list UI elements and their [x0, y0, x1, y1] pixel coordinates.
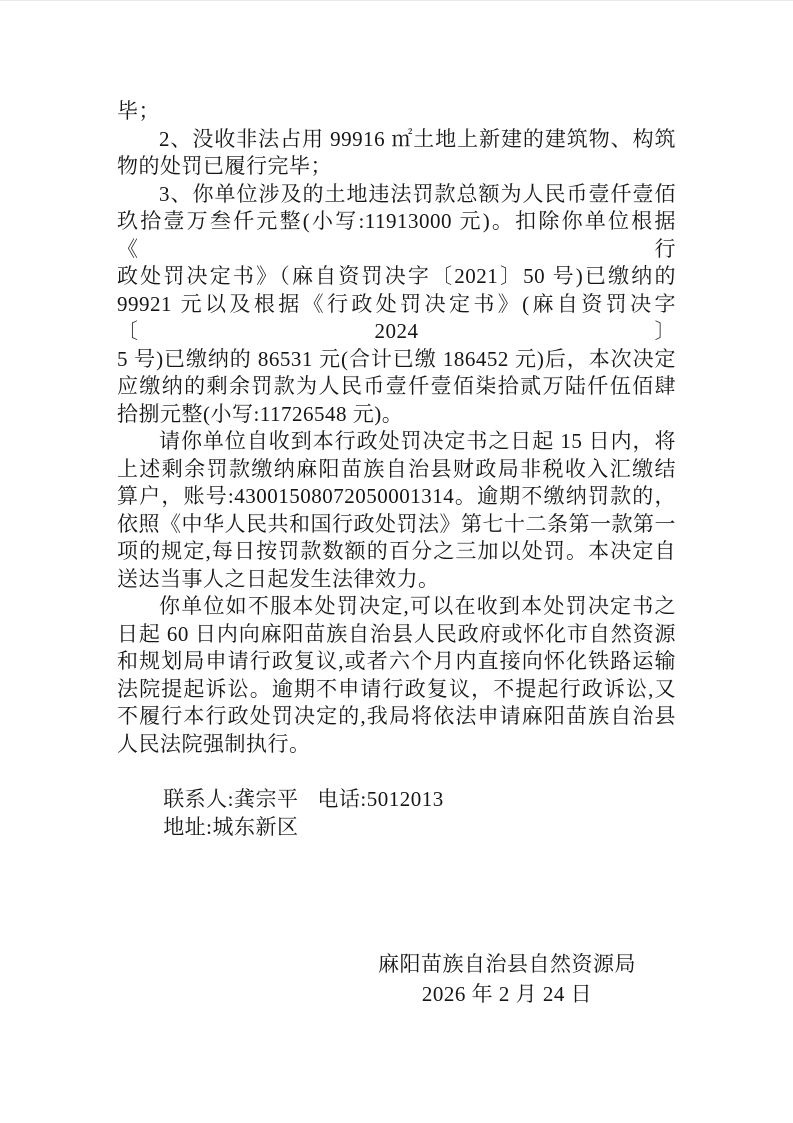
text-line: 日起 60 日内向麻阳苗族自治县人民政府或怀化市自然资源 [117, 621, 676, 649]
contact-person-line: 联系人:龚宗平电话:5012013 [117, 786, 676, 814]
text-line: 玖拾壹万叁仟元整(小写:11913000 元)。扣除你单位根据《行 [117, 208, 676, 263]
text-line: 2、没收非法占用 99916 ㎡土地上新建的建筑物、构筑 [117, 126, 676, 154]
contact-person-name: 龚宗平 [234, 787, 299, 811]
contact-person-label: 联系人: [163, 787, 234, 811]
paragraph: 3、你单位涉及的土地违法罚款总额为人民币壹仟壹佰玖拾壹万叁仟元整(小写:1191… [117, 181, 676, 429]
signature-date: 2026 年 2 月 24 日 [378, 979, 636, 1009]
contact-phone-label: 电话: [317, 787, 366, 811]
paragraph: 请你单位自收到本行政处罚决定书之日起 15 日内，将上述剩余罚款缴纳麻阳苗族自治… [117, 428, 676, 593]
signature-issuer: 麻阳苗族自治县自然资源局 [378, 949, 636, 979]
paragraph: 2、没收非法占用 99916 ㎡土地上新建的建筑物、构筑物的处罚已履行完毕； [117, 126, 676, 181]
text-line: 算户，账号:43001508072050001314。逾期不缴纳罚款的， [117, 483, 676, 511]
contact-address-value: 城东新区 [213, 815, 299, 839]
text-line: 5 号)已缴纳的 86531 元(合计已缴 186452 元)后，本次决定 [117, 346, 676, 374]
paragraph: 你单位如不服本处罚决定,可以在收到本处罚决定书之日起 60 日内向麻阳苗族自治县… [117, 593, 676, 758]
signature-block: 麻阳苗族自治县自然资源局 2026 年 2 月 24 日 [378, 949, 636, 1009]
text-line: 拾捌元整(小写:11726548 元)。 [117, 401, 676, 429]
text-line: 上述剩余罚款缴纳麻阳苗族自治县财政局非税收入汇缴结 [117, 456, 676, 484]
contact-address-label: 地址: [163, 815, 212, 839]
text-line: 99921 元以及根据《行政处罚决定书》(麻自资罚决字〔2024〕 [117, 291, 676, 346]
text-line: 应缴纳的剩余罚款为人民币壹仟壹佰柒拾贰万陆仟伍佰肆 [117, 373, 676, 401]
text-line: 送达当事人之日起发生法律效力。 [117, 566, 676, 594]
contact-address-line: 地址:城东新区 [117, 814, 676, 842]
text-line: 依照《中华人民共和国行政处罚法》第七十二条第一款第一 [117, 511, 676, 539]
text-line: 法院提起诉讼。逾期不申请行政复议，不提起行政诉讼,又 [117, 676, 676, 704]
text-line: 你单位如不服本处罚决定,可以在收到本处罚决定书之 [117, 593, 676, 621]
text-line: 项的规定,每日按罚款数额的百分之三加以处罚。本决定自 [117, 538, 676, 566]
text-line: 物的处罚已履行完毕； [117, 153, 676, 181]
paragraph: 毕； [117, 98, 676, 126]
text-line: 人民法院强制执行。 [117, 731, 676, 759]
text-line: 政处罚决定书》（麻自资罚决字〔2021〕50 号)已缴纳的 [117, 263, 676, 291]
text-line: 和规划局申请行政复议,或者六个月内直接向怀化铁路运输 [117, 648, 676, 676]
contact-phone-number: 5012013 [367, 787, 444, 811]
document-content: 毕；2、没收非法占用 99916 ㎡土地上新建的建筑物、构筑物的处罚已履行完毕；… [117, 98, 676, 1009]
document-page: 毕；2、没收非法占用 99916 ㎡土地上新建的建筑物、构筑物的处罚已履行完毕；… [0, 0, 793, 1123]
text-line: 不履行本行政处罚决定的,我局将依法申请麻阳苗族自治县 [117, 703, 676, 731]
text-line: 3、你单位涉及的土地违法罚款总额为人民币壹仟壹佰 [117, 181, 676, 209]
text-line: 毕； [117, 98, 676, 126]
contact-block: 联系人:龚宗平电话:5012013 地址:城东新区 [117, 786, 676, 841]
document-body: 毕；2、没收非法占用 99916 ㎡土地上新建的建筑物、构筑物的处罚已履行完毕；… [117, 98, 676, 758]
text-line: 请你单位自收到本行政处罚决定书之日起 15 日内，将 [117, 428, 676, 456]
